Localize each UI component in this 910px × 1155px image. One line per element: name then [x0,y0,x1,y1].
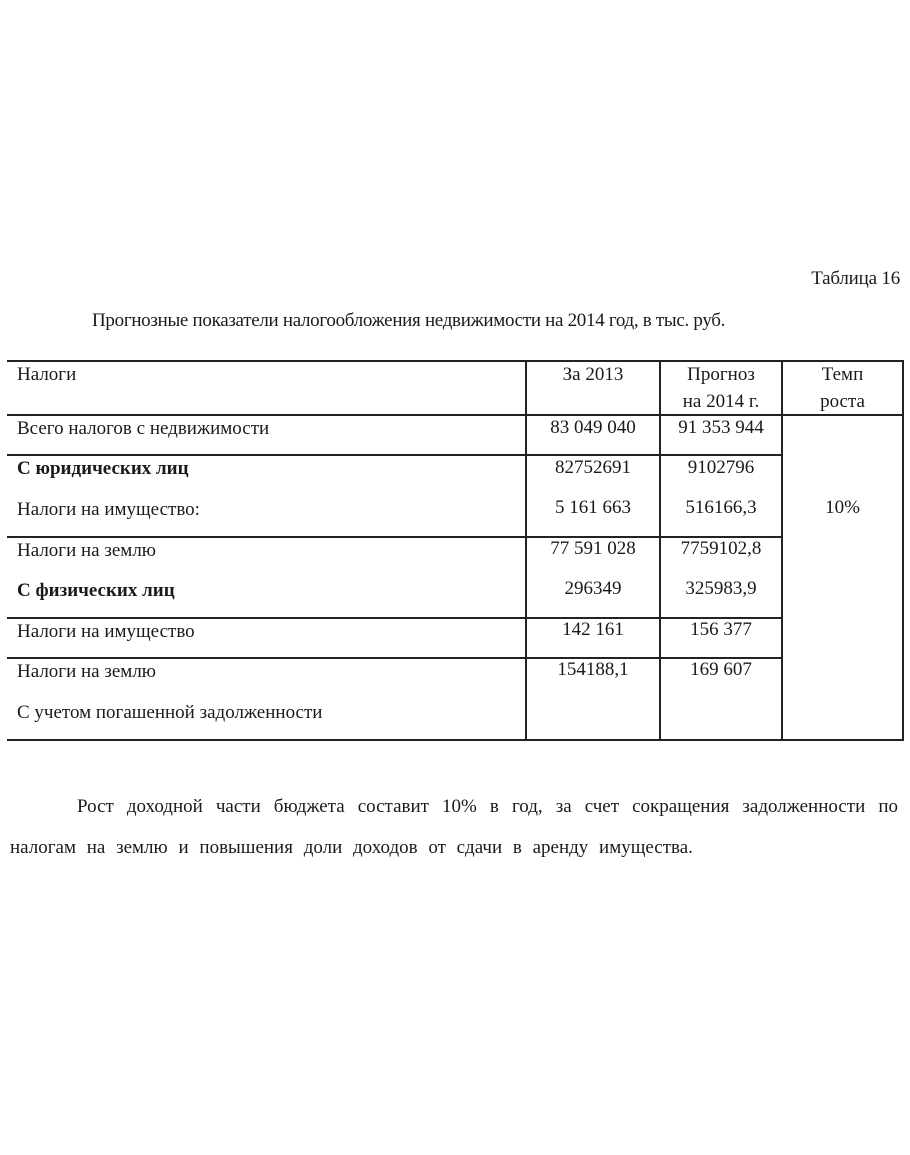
header-forecast-line1: Прогноз [661,364,781,386]
row-divider [7,454,782,456]
table-title: Прогнозные показатели налогообложения не… [92,310,725,332]
value-2013: 83 049 040 [527,417,659,439]
value-2013: 296349 [527,578,659,600]
value-2013: 5 161 663 [527,497,659,519]
value-2014: 7759102,8 [661,538,781,560]
growth-rate-value: 10% [783,497,902,519]
table-label: Таблица 16 [811,268,900,290]
table-right-border [902,360,904,741]
table-top-border [7,360,904,362]
header-forecast-line2: на 2014 г. [661,391,781,413]
row-label: С физических лиц [17,580,175,602]
header-growth-line2: роста [783,391,902,413]
value-2013: 77 591 028 [527,538,659,560]
header-bottom-border [7,414,904,416]
row-label: Всего налогов с недвижимости [17,418,269,440]
row-label: Налоги на землю [17,540,156,562]
column-divider [781,360,783,741]
value-2013: 154188,1 [527,659,659,681]
row-label: Налоги на имущество [17,621,195,643]
row-label: Налоги на землю [17,661,156,683]
header-growth-line1: Темп [783,364,902,386]
body-paragraph: Рост доходной части бюджета составит 10%… [10,786,898,868]
row-label: С учетом погашенной задолженности [17,702,322,724]
tax-forecast-table: Налоги За 2013 Прогноз на 2014 г. Темп р… [7,360,904,741]
value-2014: 9102796 [661,457,781,479]
row-label: Налоги на имущество: [17,499,200,521]
value-2014: 516166,3 [661,497,781,519]
value-2013: 142 161 [527,619,659,641]
value-2014: 325983,9 [661,578,781,600]
value-2013: 82752691 [527,457,659,479]
header-taxes: Налоги [17,364,76,386]
table-bottom-border [7,739,904,741]
value-2014: 156 377 [661,619,781,641]
value-2014: 91 353 944 [661,417,781,439]
row-label: С юридических лиц [17,458,189,480]
header-2013: За 2013 [527,364,659,386]
value-2014: 169 607 [661,659,781,681]
